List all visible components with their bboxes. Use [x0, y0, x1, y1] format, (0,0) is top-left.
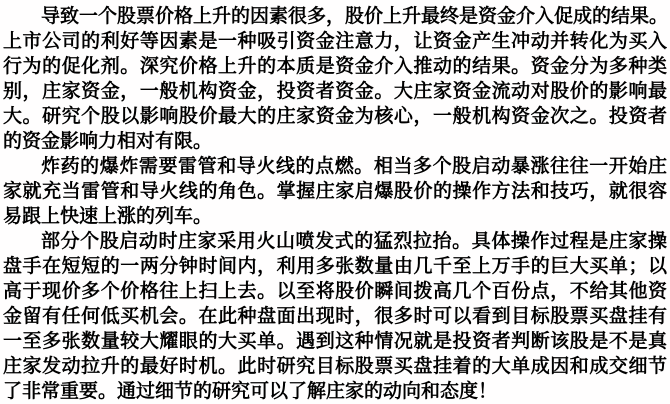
paragraph: 导致一个股票价格上升的因素很多，股价上升最终是资金介入促成的结果。上市公司的利好…: [3, 4, 667, 154]
text-line: 炸药的爆炸需要雷管和导火线的点燃。相当多个股启动暴涨往往一开始庄: [3, 154, 667, 179]
text-line: 盘手在短短的一两分钟时间内，利用多张数量由几千至上万手的巨大买单；以: [3, 254, 667, 279]
text-line: 别，庄家资金，一般机构资金，投资者资金。大庄家资金流动对股价的影响最: [3, 79, 667, 104]
text-line: 金留有任何低买机会。在此种盘面出现时，很多时可以看到目标股票买盘挂有: [3, 304, 667, 329]
text-line: 了非常重要。通过细节的研究可以了解庄家的动向和态度！: [3, 379, 667, 404]
text-line: 大。研究个股以影响股价最大的庄家资金为核心，一般机构资金次之。投资者: [3, 104, 667, 129]
text-line: 部分个股启动时庄家采用火山喷发式的猛烈拉抬。具体操作过程是庄家操: [3, 229, 667, 254]
text-line: 高于现价多个价格往上扫上去。以至将股价瞬间拨高几个百份点，不给其他资: [3, 279, 667, 304]
text-line: 的资金影响力相对有限。: [3, 129, 667, 154]
text-line: 庄家发动拉升的最好时机。此时研究目标股票买盘挂着的大单成因和成交细节: [3, 354, 667, 379]
text-line: 行为的促化剂。深究价格上升的本质是资金介入推动的结果。资金分为多种类: [3, 54, 667, 79]
text-line: 上市公司的利好等因素是一种吸引资金注意力，让资金产生冲动并转化为买入: [3, 29, 667, 54]
document-page: 导致一个股票价格上升的因素很多，股价上升最终是资金介入促成的结果。上市公司的利好…: [0, 0, 670, 404]
paragraph: 炸药的爆炸需要雷管和导火线的点燃。相当多个股启动暴涨往往一开始庄家就充当雷管和导…: [3, 154, 667, 229]
text-line: 导致一个股票价格上升的因素很多，股价上升最终是资金介入促成的结果。: [3, 4, 667, 29]
text-line: 易跟上快速上涨的列车。: [3, 204, 667, 229]
text-line: 家就充当雷管和导火线的角色。掌握庄家启爆股价的操作方法和技巧，就很容: [3, 179, 667, 204]
text-line: 一至多张数量较大耀眼的大买单。遇到这种情况就是投资者判断该股是不是真: [3, 329, 667, 354]
paragraph: 部分个股启动时庄家采用火山喷发式的猛烈拉抬。具体操作过程是庄家操盘手在短短的一两…: [3, 229, 667, 404]
